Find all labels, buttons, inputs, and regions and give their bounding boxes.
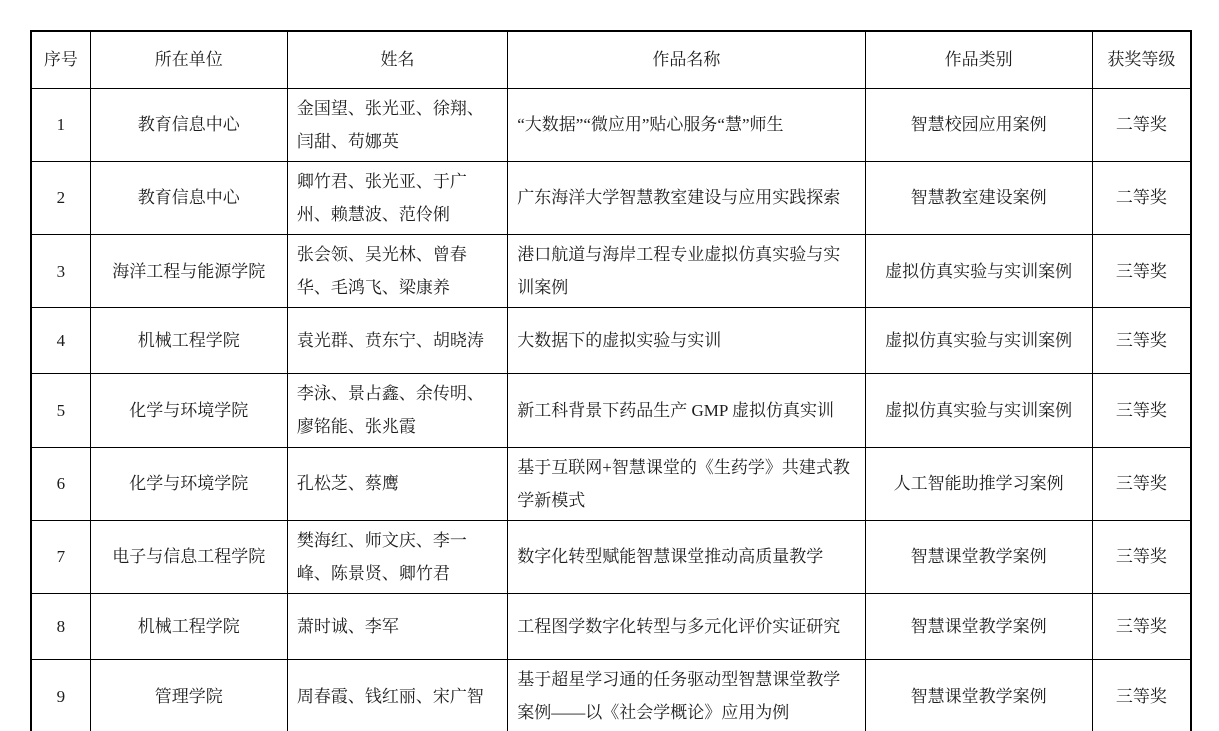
cell-category: 智慧教室建设案例 xyxy=(865,161,1092,234)
cell-title: 新工科背景下药品生产 GMP 虚拟仿真实训 xyxy=(508,374,865,447)
table-row: 8机械工程学院萧时诚、李军工程图学数字化转型与多元化评价实证研究智慧课堂教学案例… xyxy=(31,594,1191,660)
header-no: 序号 xyxy=(31,31,90,88)
header-title: 作品名称 xyxy=(508,31,865,88)
cell-category: 智慧课堂教学案例 xyxy=(865,594,1092,660)
header-award: 获奖等级 xyxy=(1092,31,1191,88)
table-body: 1教育信息中心金国望、张光亚、徐翔、闫甜、苟娜英“大数据”“微应用”贴心服务“慧… xyxy=(31,88,1191,731)
cell-names: 张会领、吴光林、曾春华、毛鸿飞、梁康养 xyxy=(287,235,507,308)
table-row: 9管理学院周春霞、钱红丽、宋广智基于超星学习通的任务驱动型智慧课堂教学案例——以… xyxy=(31,660,1191,731)
cell-unit: 化学与环境学院 xyxy=(90,447,287,520)
cell-award: 二等奖 xyxy=(1092,88,1191,161)
table-row: 6化学与环境学院孔松芝、蔡鹰基于互联网+智慧课堂的《生药学》共建式教学新模式人工… xyxy=(31,447,1191,520)
cell-title: 工程图学数字化转型与多元化评价实证研究 xyxy=(508,594,865,660)
cell-unit: 机械工程学院 xyxy=(90,308,287,374)
table-row: 1教育信息中心金国望、张光亚、徐翔、闫甜、苟娜英“大数据”“微应用”贴心服务“慧… xyxy=(31,88,1191,161)
cell-names: 金国望、张光亚、徐翔、闫甜、苟娜英 xyxy=(287,88,507,161)
table-header: 序号 所在单位 姓名 作品名称 作品类别 获奖等级 xyxy=(31,31,1191,88)
cell-title: “大数据”“微应用”贴心服务“慧”师生 xyxy=(508,88,865,161)
award-results-table: 序号 所在单位 姓名 作品名称 作品类别 获奖等级 1教育信息中心金国望、张光亚… xyxy=(30,30,1192,731)
cell-unit: 电子与信息工程学院 xyxy=(90,520,287,593)
cell-names: 李泳、景占鑫、余传明、廖铭能、张兆霞 xyxy=(287,374,507,447)
header-category: 作品类别 xyxy=(865,31,1092,88)
cell-unit: 海洋工程与能源学院 xyxy=(90,235,287,308)
cell-no: 9 xyxy=(31,660,90,731)
cell-category: 智慧课堂教学案例 xyxy=(865,520,1092,593)
cell-category: 智慧课堂教学案例 xyxy=(865,660,1092,731)
cell-award: 三等奖 xyxy=(1092,374,1191,447)
cell-names: 周春霞、钱红丽、宋广智 xyxy=(287,660,507,731)
cell-title: 基于互联网+智慧课堂的《生药学》共建式教学新模式 xyxy=(508,447,865,520)
cell-no: 1 xyxy=(31,88,90,161)
cell-names: 卿竹君、张光亚、于广州、赖慧波、范伶俐 xyxy=(287,161,507,234)
cell-unit: 化学与环境学院 xyxy=(90,374,287,447)
header-row: 序号 所在单位 姓名 作品名称 作品类别 获奖等级 xyxy=(31,31,1191,88)
cell-title: 港口航道与海岸工程专业虚拟仿真实验与实训案例 xyxy=(508,235,865,308)
cell-names: 孔松芝、蔡鹰 xyxy=(287,447,507,520)
table-row: 2教育信息中心卿竹君、张光亚、于广州、赖慧波、范伶俐广东海洋大学智慧教室建设与应… xyxy=(31,161,1191,234)
cell-award: 三等奖 xyxy=(1092,447,1191,520)
table-row: 7电子与信息工程学院樊海红、师文庆、李一峰、陈景贤、卿竹君数字化转型赋能智慧课堂… xyxy=(31,520,1191,593)
cell-no: 3 xyxy=(31,235,90,308)
cell-award: 三等奖 xyxy=(1092,308,1191,374)
cell-category: 虚拟仿真实验与实训案例 xyxy=(865,235,1092,308)
cell-award: 二等奖 xyxy=(1092,161,1191,234)
cell-no: 7 xyxy=(31,520,90,593)
cell-category: 智慧校园应用案例 xyxy=(865,88,1092,161)
cell-unit: 机械工程学院 xyxy=(90,594,287,660)
cell-unit: 管理学院 xyxy=(90,660,287,731)
cell-no: 5 xyxy=(31,374,90,447)
header-names: 姓名 xyxy=(287,31,507,88)
cell-award: 三等奖 xyxy=(1092,520,1191,593)
cell-category: 虚拟仿真实验与实训案例 xyxy=(865,308,1092,374)
cell-title: 基于超星学习通的任务驱动型智慧课堂教学案例——以《社会学概论》应用为例 xyxy=(508,660,865,731)
cell-award: 三等奖 xyxy=(1092,594,1191,660)
cell-award: 三等奖 xyxy=(1092,660,1191,731)
document-page: 序号 所在单位 姓名 作品名称 作品类别 获奖等级 1教育信息中心金国望、张光亚… xyxy=(0,0,1219,731)
table-row: 3海洋工程与能源学院张会领、吴光林、曾春华、毛鸿飞、梁康养港口航道与海岸工程专业… xyxy=(31,235,1191,308)
cell-names: 萧时诚、李军 xyxy=(287,594,507,660)
cell-unit: 教育信息中心 xyxy=(90,88,287,161)
cell-no: 4 xyxy=(31,308,90,374)
table-row: 5化学与环境学院李泳、景占鑫、余传明、廖铭能、张兆霞新工科背景下药品生产 GMP… xyxy=(31,374,1191,447)
cell-category: 虚拟仿真实验与实训案例 xyxy=(865,374,1092,447)
cell-names: 袁光群、贲东宁、胡晓涛 xyxy=(287,308,507,374)
cell-title: 大数据下的虚拟实验与实训 xyxy=(508,308,865,374)
cell-no: 8 xyxy=(31,594,90,660)
header-unit: 所在单位 xyxy=(90,31,287,88)
cell-no: 6 xyxy=(31,447,90,520)
cell-no: 2 xyxy=(31,161,90,234)
cell-unit: 教育信息中心 xyxy=(90,161,287,234)
cell-title: 广东海洋大学智慧教室建设与应用实践探索 xyxy=(508,161,865,234)
cell-award: 三等奖 xyxy=(1092,235,1191,308)
cell-title: 数字化转型赋能智慧课堂推动高质量教学 xyxy=(508,520,865,593)
cell-names: 樊海红、师文庆、李一峰、陈景贤、卿竹君 xyxy=(287,520,507,593)
cell-category: 人工智能助推学习案例 xyxy=(865,447,1092,520)
table-row: 4机械工程学院袁光群、贲东宁、胡晓涛大数据下的虚拟实验与实训虚拟仿真实验与实训案… xyxy=(31,308,1191,374)
